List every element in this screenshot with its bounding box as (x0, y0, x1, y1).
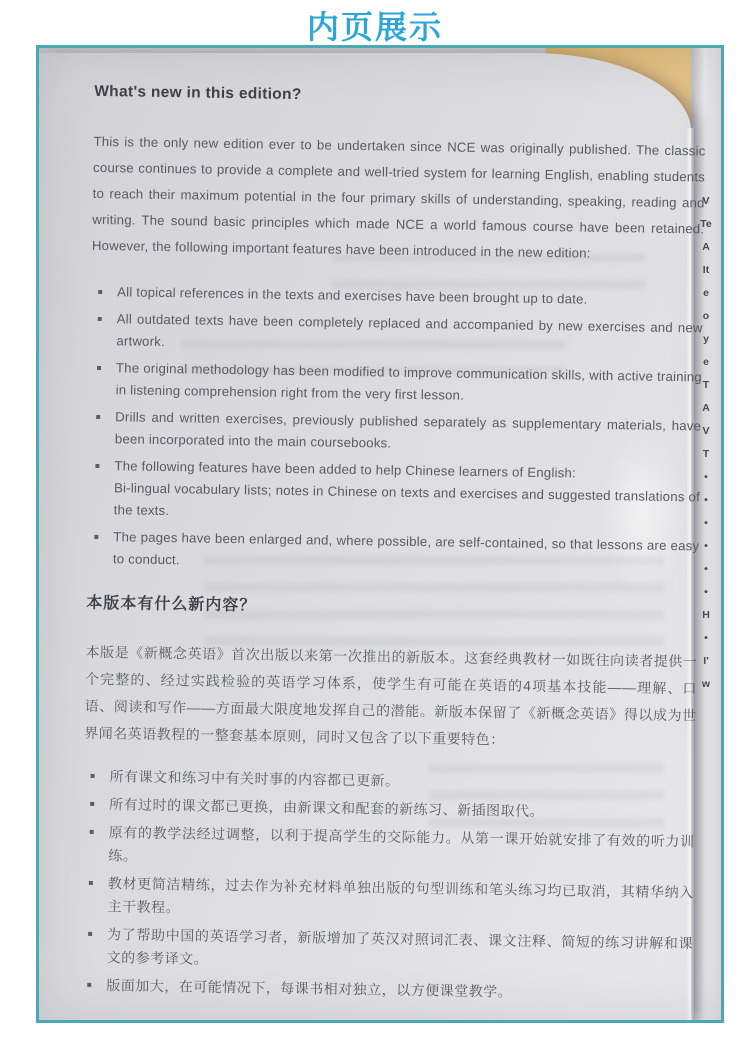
page-content: What's new in this edition? This is the … (36, 48, 721, 1023)
section-heading-english: What's new in this edition? (94, 83, 706, 111)
feature-list-chinese: 所有课文和练习中有关时事的内容都已更新。所有过时的课文都已更换，由新课文和配套的… (80, 765, 696, 1007)
feature-item-english: All topical references in the texts and … (117, 281, 703, 312)
feature-item-english: The pages have been enlarged and, where … (113, 526, 700, 579)
feature-item-english: Drills and written exercises, previously… (115, 406, 702, 459)
feature-item-chinese: 版面加大，在可能情况下，每课书相对独立，以方便课堂教学。 (106, 974, 692, 1006)
feature-item-english: The following features have been added t… (114, 455, 701, 530)
feature-list-english: All topical references in the texts and … (87, 281, 703, 580)
feature-item-chinese: 所有课文和练习中有关时事的内容都已更新。 (109, 765, 695, 797)
intro-paragraph-chinese: 本版是《新概念英语》首次出版以来第一次推出的新版本。这套经典教材一如既往向读者提… (84, 639, 698, 757)
feature-item-chinese: 所有过时的课文都已更换，由新课文和配套的新练习、新插图取代。 (109, 793, 695, 825)
book-photo: VTeAIteoyeTAVT••••••H•I'w What's new in … (36, 45, 724, 1023)
page-title: 内页展示 (0, 2, 750, 48)
feature-item-english: The original methodology has been modifi… (115, 357, 702, 410)
feature-item-english: All outdated texts have been completely … (116, 308, 703, 361)
feature-item-chinese: 原有的教学法经过调整，以利于提高学生的交际能力。从第一课开始就安排了有效的听力训… (108, 821, 695, 876)
section-heading-chinese: 本版本有什么新内容？ (86, 590, 698, 623)
feature-item-chinese: 为了帮助中国的英语学习者，新版增加了英汉对照词汇表、课文注释、简短的练习讲解和课… (107, 923, 694, 978)
feature-item-chinese: 教材更简洁精练，过去作为补充材料单独出版的句型训练和笔头练习均已取消，其精华纳入… (107, 872, 694, 927)
intro-paragraph-english: This is the only new edition ever to be … (92, 129, 706, 269)
